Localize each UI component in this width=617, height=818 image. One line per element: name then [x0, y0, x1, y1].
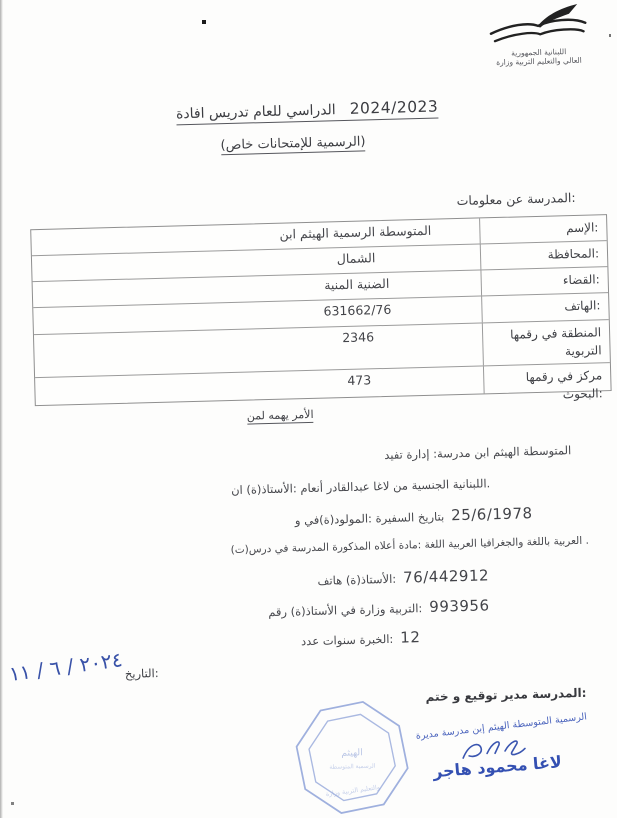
seal-center-text: الهيثم — [341, 747, 363, 759]
seal-sub-text: المتوسطة ‎الرسمية — [329, 764, 376, 771]
title-year: 2024/2023 — [349, 98, 438, 118]
row-label: رقمها ‎في ‎مركز ‎البحوث: — [483, 363, 611, 393]
document-subtitle: (خاص ‎للإمتحانات ‎الرسمية) — [220, 134, 365, 155]
body-line-number: 12 — [400, 628, 421, 647]
row-label: رقمها ‎في ‎المنطقة ‎التربوية — [482, 320, 610, 365]
body-line: تفيد ‎إدارة ‎:مدرسة ‎ابن ‎الهيثم ‎المتوس… — [384, 443, 578, 462]
salutation-wrap: لمن ‎يهمه ‎الأمر — [220, 402, 340, 425]
stamp-signature-label: ختم ‎و ‎توقيع ‎مدير ‎المدرسة: — [425, 686, 586, 704]
scan-speck — [609, 34, 611, 37]
school-info-heading: معلومات ‎عن ‎المدرسة: — [456, 190, 575, 208]
body-line-number: 993956 — [429, 596, 490, 616]
row-label: الإسم: — [479, 215, 607, 243]
title-text: افادة ‎تدريس ‎للعام ‎الدراسي — [176, 102, 336, 122]
ministry-logo: الجمهورية ‎اللبنانية وزارة ‎التربية ‎وال… — [478, 2, 598, 68]
open-book-bird-icon — [485, 3, 590, 50]
document-title: افادة ‎تدريس ‎للعام ‎الدراسي 2024/2023 — [176, 98, 439, 126]
body-line: درس(ت) ‎في ‎المدرسة ‎المذكورة ‎أعلاه ‎ما… — [231, 535, 597, 557]
body-line-number: 25/6/1978 — [451, 504, 533, 524]
body-line-text: ان ‎الأستاذ(ة): ‎أنعام ‎عبدالقادر ‎لاغا … — [231, 476, 490, 497]
body-line-text: رقم ‎الأستاذ(ة) ‎في ‎وزارة ‎التربية: — [268, 601, 422, 619]
handwritten-date: ٢٠٢٤ / ٦ / ١١ — [8, 647, 128, 686]
body-line-text: درس(ت) ‎في ‎المدرسة ‎المذكورة ‎أعلاه ‎ما… — [231, 535, 590, 556]
ministry-name-line2: وزارة ‎التربية ‎والتعليم ‎العالي — [480, 56, 598, 68]
body-line: ان ‎الأستاذ(ة): ‎أنعام ‎عبدالقادر ‎لاغا … — [231, 476, 497, 497]
row-label: المحافظة: — [480, 241, 608, 269]
school-seal-icon: الهيثم المتوسطة ‎الرسمية وزارة ‎التربية … — [266, 695, 439, 818]
row-label: الهاتف: — [481, 293, 609, 322]
row-label: القضاء: — [480, 267, 608, 295]
school-info-table: ابن ‎الهيثم ‎الرسمية ‎المتوسطة الإسم: ال… — [30, 214, 611, 406]
document-title-wrap: افادة ‎تدريس ‎للعام ‎الدراسي 2024/2023 — [132, 95, 482, 126]
body-line: عدد ‎سنوات ‎الخبرة: 12 — [301, 628, 421, 649]
body-line-text: تفيد ‎إدارة ‎:مدرسة ‎ابن ‎الهيثم ‎المتوس… — [384, 443, 571, 462]
salutation: لمن ‎يهمه ‎الأمر — [247, 408, 314, 425]
body-line: هاتف ‎الأستاذ(ة): 76/442912 — [317, 566, 489, 588]
seal-bottom-text: وزارة ‎التربية ‎والتعليم — [325, 784, 380, 798]
document-content: الجمهورية ‎اللبنانية وزارة ‎التربية ‎وال… — [0, 0, 617, 818]
body-line: و ‎المولود(ة)في: ‎السفيرة ‎بتاريخ 25/6/1… — [295, 504, 533, 528]
body-line-text: هاتف ‎الأستاذ(ة): — [317, 572, 396, 588]
body-line-number: 76/442912 — [403, 566, 489, 586]
body-line-text: عدد ‎سنوات ‎الخبرة: — [301, 632, 394, 648]
date-label: التاريخ: — [125, 666, 159, 681]
scanned-certificate-page: الجمهورية ‎اللبنانية وزارة ‎التربية ‎وال… — [0, 0, 617, 818]
body-line: رقم ‎الأستاذ(ة) ‎في ‎وزارة ‎التربية: 993… — [268, 596, 490, 620]
body-line-text: و ‎المولود(ة)في: ‎السفيرة ‎بتاريخ — [295, 509, 445, 527]
document-subtitle-wrap: (خاص ‎للإمتحانات ‎الرسمية) — [143, 128, 443, 157]
